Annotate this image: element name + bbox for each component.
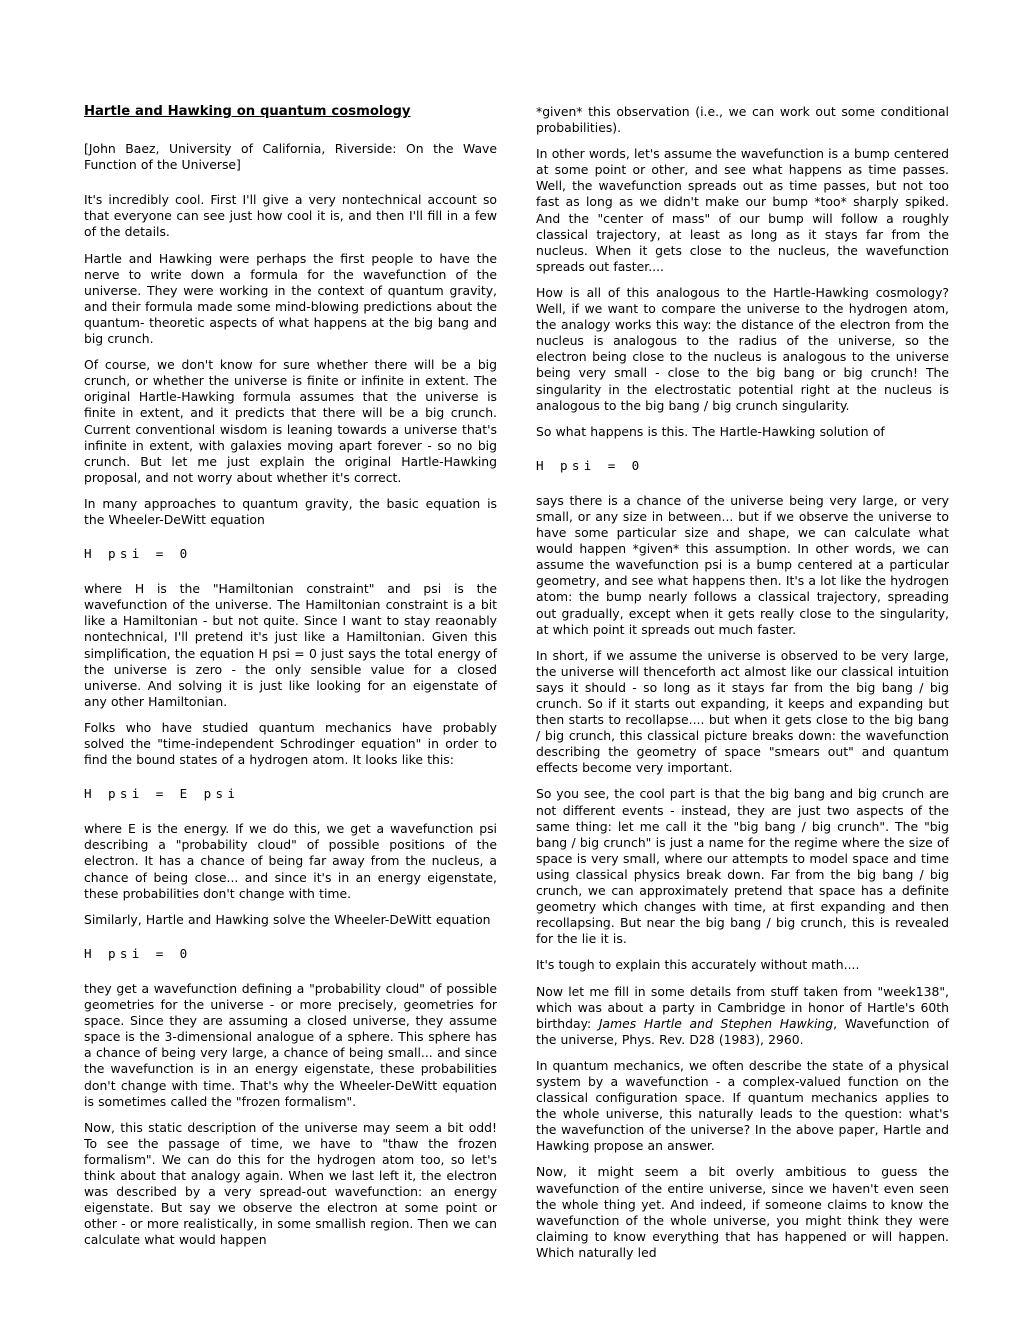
paragraph: *given* this observation (i.e., we can w… xyxy=(536,104,949,136)
paragraph: So what happens is this. The Hartle-Hawk… xyxy=(536,424,949,440)
paragraph: where E is the energy. If we do this, we… xyxy=(84,821,497,901)
paragraph: Hartle and Hawking were perhaps the firs… xyxy=(84,251,497,348)
paragraph: In other words, let's assume the wavefun… xyxy=(536,146,949,275)
paragraph: It's tough to explain this accurately wi… xyxy=(536,957,949,973)
paragraph: In quantum mechanics, we often describe … xyxy=(536,1058,949,1155)
paragraph: It's incredibly cool. First I'll give a … xyxy=(84,192,497,240)
paragraph: Now, it might seem a bit overly ambitiou… xyxy=(536,1164,949,1261)
paragraph: Now let me fill in some details from stu… xyxy=(536,984,949,1048)
paragraph: where H is the "Hamiltonian constraint" … xyxy=(84,581,497,710)
paragraph: In short, if we assume the universe is o… xyxy=(536,648,949,777)
paragraph: says there is a chance of the universe b… xyxy=(536,493,949,638)
document-page: Hartle and Hawking on quantum cosmology[… xyxy=(0,0,1020,1320)
reference-citation-italic: James Hartle and Stephen Hawking xyxy=(599,1016,833,1031)
equation: H psi = E psi xyxy=(84,786,497,802)
equation: H psi = 0 xyxy=(84,546,497,562)
paragraph: Of course, we don't know for sure whethe… xyxy=(84,357,497,486)
equation: H psi = 0 xyxy=(536,458,949,474)
paragraph: Now, this static description of the univ… xyxy=(84,1120,497,1249)
paragraph: Folks who have studied quantum mechanics… xyxy=(84,720,497,768)
right-column: *given* this observation (i.e., we can w… xyxy=(536,104,949,1320)
paragraph: In many approaches to quantum gravity, t… xyxy=(84,496,497,528)
paragraph: So you see, the cool part is that the bi… xyxy=(536,786,949,947)
paragraph: they get a wavefunction defining a "prob… xyxy=(84,981,497,1110)
paragraph: Similarly, Hartle and Hawking solve the … xyxy=(84,912,497,928)
byline: [John Baez, University of California, Ri… xyxy=(84,141,497,173)
paragraph: How is all of this analogous to the Hart… xyxy=(536,285,949,414)
document-title: Hartle and Hawking on quantum cosmology xyxy=(84,104,497,120)
left-column: Hartle and Hawking on quantum cosmology[… xyxy=(84,104,497,1320)
equation: H psi = 0 xyxy=(84,946,497,962)
